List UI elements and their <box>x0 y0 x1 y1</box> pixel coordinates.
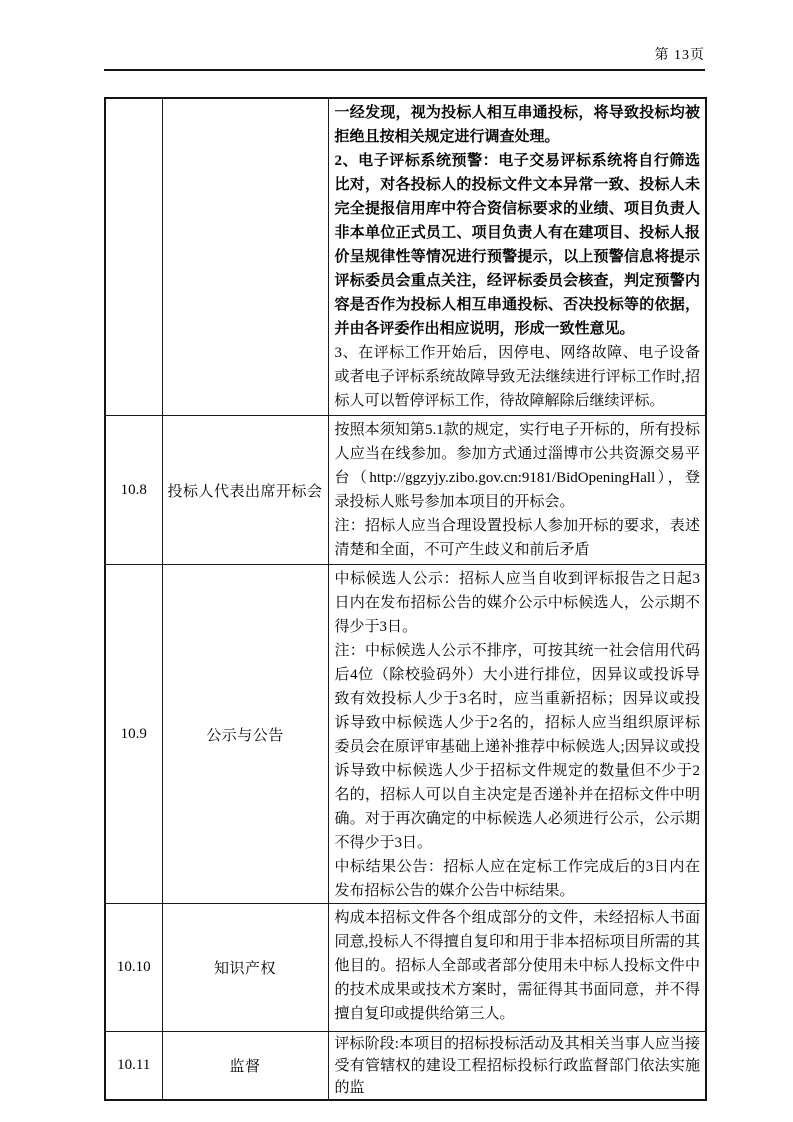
document-page: 第 13页 一经发现，视为投标人相互串通投标，将导致投标均被拒绝且按相关规定进行… <box>0 0 793 1122</box>
clause-content: 一经发现，视为投标人相互串通投标，将导致投标均被拒绝且按相关规定进行调查处理。 … <box>328 98 706 416</box>
clause-title <box>162 98 328 416</box>
clause-content: 中标候选人公示：招标人应当自收到评标报告之日起3日内在发布招标公告的媒介公示中标… <box>328 565 706 904</box>
clause-paragraph: 注：招标人应当合理设置投标人参加开标的要求，表述清楚和全面，不可产生歧义和前后矛… <box>335 514 701 562</box>
clause-paragraph: 评标阶段:本项目的招标投标活动及其相关当事人应当接受有管辖权的建设工程招标投标行… <box>335 1033 701 1099</box>
clause-paragraph: 注：中标候选人公示不排序，可按其统一社会信用代码后4位（除校验码外）大小进行排位… <box>335 639 701 855</box>
clause-paragraph: 一经发现，视为投标人相互串通投标，将导致投标均被拒绝且按相关规定进行调查处理。 <box>335 101 701 149</box>
clause-paragraph: 2、电子评标系统预警：电子交易评标系统将自行筛选比对，对各投标人的投标文件文本异… <box>335 149 701 341</box>
clause-paragraph: 中标结果公告：招标人应在定标工作完成后的3日内在发布招标公告的媒介公告中标结果。 <box>335 855 701 903</box>
clause-content: 按照本须知第5.1款的规定，实行电子开标的，所有投标人应当在线参加。参加方式通过… <box>328 416 706 565</box>
clause-content: 构成本招标文件各个组成部分的文件，未经招标人书面同意,投标人不得擅自复印和用于非… <box>328 904 706 1032</box>
clause-paragraph: 中标候选人公示：招标人应当自收到评标报告之日起3日内在发布招标公告的媒介公示中标… <box>335 567 701 639</box>
page-number: 第 13页 <box>655 48 706 63</box>
clause-title: 公示与公告 <box>162 565 328 904</box>
table-row-10-11: 10.11 监督 评标阶段:本项目的招标投标活动及其相关当事人应当接受有管辖权的… <box>105 1032 706 1101</box>
clause-paragraph: 构成本招标文件各个组成部分的文件，未经招标人书面同意,投标人不得擅自复印和用于非… <box>335 906 701 1026</box>
clause-title: 监督 <box>162 1032 328 1101</box>
page-header: 第 13页 <box>104 44 705 71</box>
bid-instructions-table: 一经发现，视为投标人相互串通投标，将导致投标均被拒绝且按相关规定进行调查处理。 … <box>104 97 707 1101</box>
clause-number: 10.9 <box>105 565 162 904</box>
table-row-continuation: 一经发现，视为投标人相互串通投标，将导致投标均被拒绝且按相关规定进行调查处理。 … <box>105 98 706 416</box>
table-row-10-9: 10.9 公示与公告 中标候选人公示：招标人应当自收到评标报告之日起3日内在发布… <box>105 565 706 904</box>
table-row-10-10: 10.10 知识产权 构成本招标文件各个组成部分的文件，未经招标人书面同意,投标… <box>105 904 706 1032</box>
clause-title: 知识产权 <box>162 904 328 1032</box>
clause-number: 10.10 <box>105 904 162 1032</box>
clause-number: 10.11 <box>105 1032 162 1101</box>
clause-content: 评标阶段:本项目的招标投标活动及其相关当事人应当接受有管辖权的建设工程招标投标行… <box>328 1032 706 1101</box>
clause-title: 投标人代表出席开标会 <box>162 416 328 565</box>
clause-number <box>105 98 162 416</box>
clause-paragraph: 按照本须知第5.1款的规定，实行电子开标的，所有投标人应当在线参加。参加方式通过… <box>335 418 701 514</box>
table-row-10-8: 10.8 投标人代表出席开标会 按照本须知第5.1款的规定，实行电子开标的，所有… <box>105 416 706 565</box>
clause-number: 10.8 <box>105 416 162 565</box>
clause-paragraph: 3、在评标工作开始后，因停电、网络故障、电子设备或者电子评标系统故障导致无法继续… <box>335 341 701 413</box>
